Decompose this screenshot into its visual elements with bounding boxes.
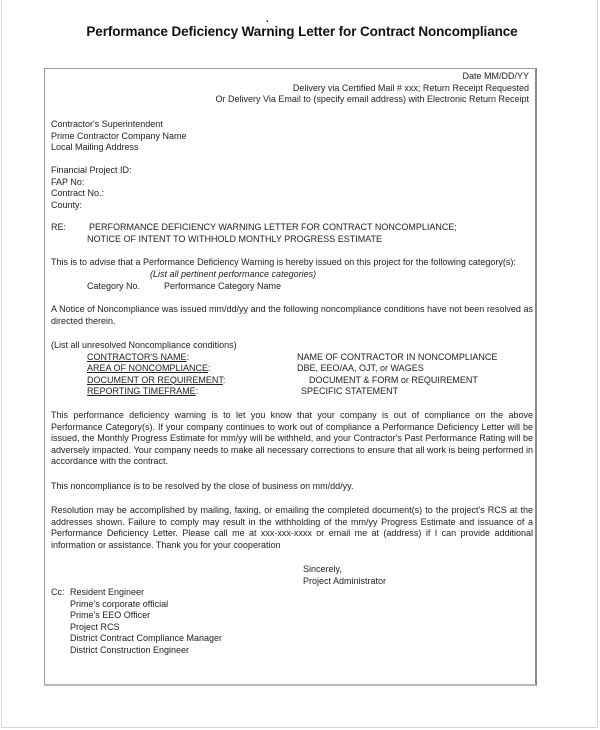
colon: : [208, 363, 211, 373]
colon: : [196, 386, 199, 396]
cc-recipient: Prime's EEO Officer [70, 610, 150, 622]
document-title: Performance Deficiency Warning Letter fo… [2, 24, 600, 39]
fap-no-label: FAP No: [51, 177, 84, 189]
re-subject-line-1: PERFORMANCE DEFICIENCY WARNING LETTER FO… [89, 222, 457, 234]
category-no-header: Category No. [87, 281, 140, 293]
county-label: County: [51, 200, 82, 212]
resolution-paragraph: Resolution may be accomplished by mailin… [51, 505, 533, 551]
condition-value: DBE, EEO/AA, OJT, or WAGES [297, 363, 424, 375]
condition-label-text: REPORTING TIMEFRAME [87, 386, 196, 396]
delivery-mail-line: Delivery via Certified Mail # xxx; Retur… [293, 83, 529, 95]
condition-value: NAME OF CONTRACTOR IN NONCOMPLIANCE [297, 352, 497, 364]
condition-label: CONTRACTOR'S NAME: [87, 352, 189, 364]
advise-note: (List all pertinent performance categori… [150, 269, 316, 281]
condition-value: SPECIFIC STATEMENT [301, 386, 398, 398]
advise-text: This is to advise that a Performance Def… [51, 257, 516, 269]
deadline-paragraph: This noncompliance is to be resolved by … [51, 481, 353, 493]
condition-label-text: AREA OF NONCOMPLIANCE [87, 363, 208, 373]
colon: : [187, 352, 190, 362]
recipient-line: Contractor's Superintendent [51, 119, 163, 131]
re-subject-line-2: NOTICE OF INTENT TO WITHHOLD MONTHLY PRO… [87, 234, 382, 246]
category-name-header: Performance Category Name [164, 281, 281, 293]
colon: : [223, 375, 226, 385]
project-id-label: Financial Project ID: [51, 165, 132, 177]
contract-no-label: Contract No.: [51, 188, 104, 200]
notice-paragraph: A Notice of Noncompliance was issued mm/… [51, 304, 533, 327]
date-line: Date MM/DD/YY [462, 71, 529, 83]
cc-recipient: District Contract Compliance Manager [70, 633, 222, 645]
signature-name: Project Administrator [303, 576, 386, 588]
conditions-intro: (List all unresolved Noncompliance condi… [51, 340, 237, 352]
re-label: RE: [51, 222, 66, 234]
condition-label: REPORTING TIMEFRAME: [87, 386, 198, 398]
recipient-line: Prime Contractor Company Name [51, 131, 187, 143]
signature-closing: Sincerely, [303, 564, 342, 576]
recipient-line: Local Mailing Address [51, 142, 139, 154]
cc-recipient: Prime's corporate official [70, 599, 168, 611]
condition-label: DOCUMENT OR REQUIREMENT: [87, 375, 225, 387]
warning-paragraph: This performance deficiency warning is t… [51, 410, 533, 468]
condition-label-text: CONTRACTOR'S NAME [87, 352, 187, 362]
cc-recipient: Project RCS [70, 622, 120, 634]
cc-recipient: Resident Engineer [70, 587, 144, 599]
condition-label-text: DOCUMENT OR REQUIREMENT [87, 375, 223, 385]
delivery-email-line: Or Delivery Via Email to (specify email … [216, 94, 529, 106]
letter-box: Date MM/DD/YY Delivery via Certified Mai… [44, 68, 537, 686]
cc-label: Cc: [51, 587, 65, 599]
condition-value: DOCUMENT & FORM or REQUIREMENT [309, 375, 478, 387]
cc-recipient: District Construction Engineer [70, 645, 189, 657]
condition-label: AREA OF NONCOMPLIANCE: [87, 363, 211, 375]
document-page: . Performance Deficiency Warning Letter … [1, 0, 598, 728]
